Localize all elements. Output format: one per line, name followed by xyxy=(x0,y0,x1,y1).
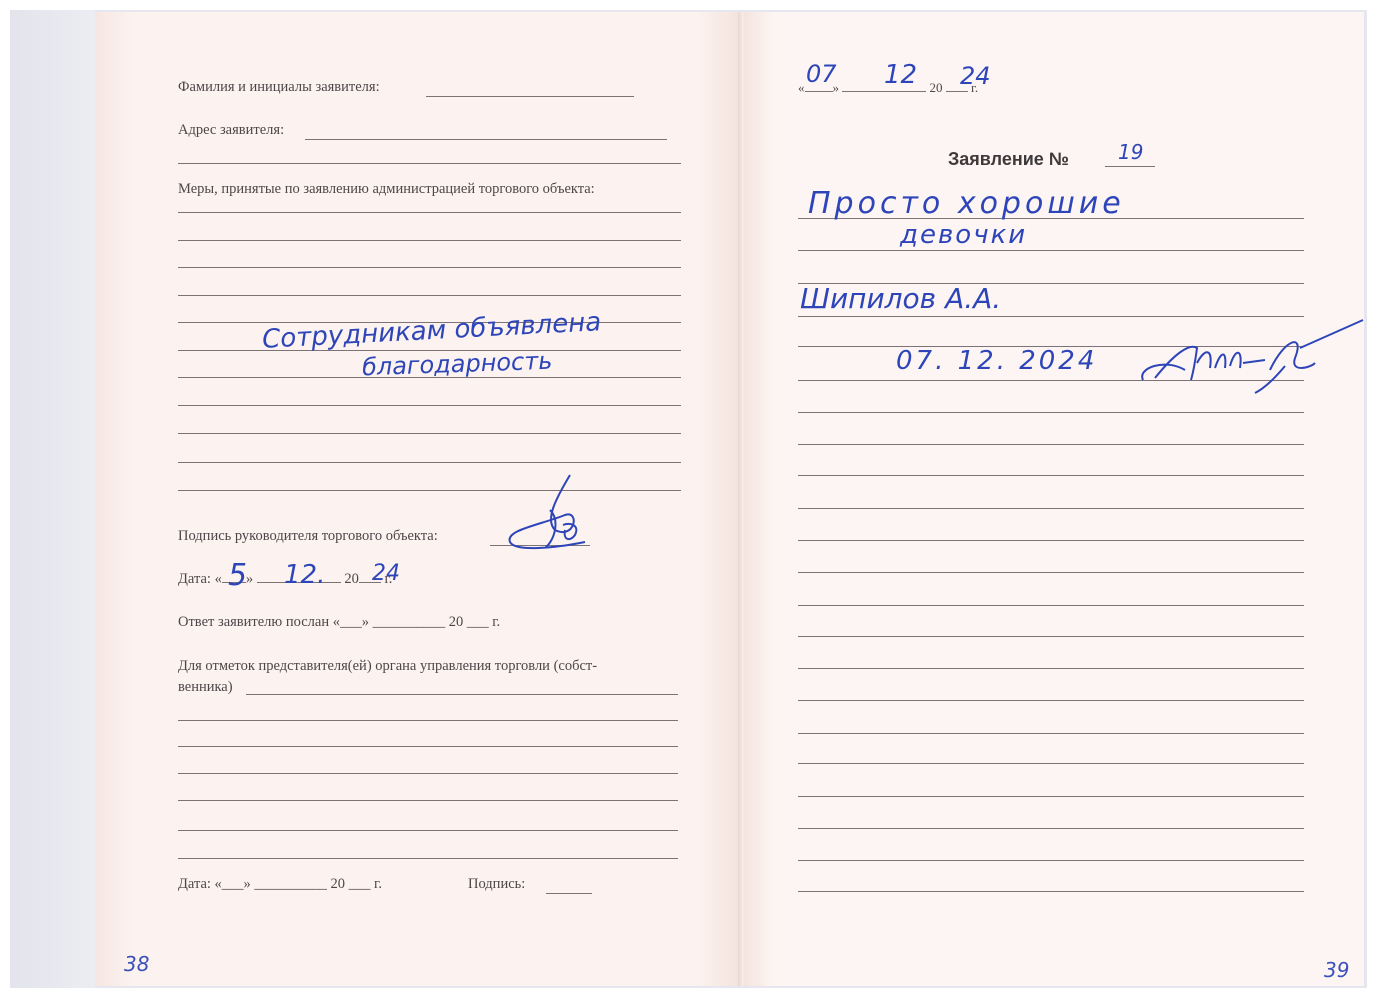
bottom-signature-field[interactable] xyxy=(546,893,592,894)
statement-handwritten-line1: Просто хорошие xyxy=(808,186,1125,221)
left-page xyxy=(95,12,743,986)
trade-authority-label-1: Для отметок представителя(ей) органа упр… xyxy=(178,658,597,675)
right-date-day: 07 xyxy=(806,60,837,88)
ruled-line xyxy=(798,763,1304,764)
ruled-line xyxy=(178,858,678,859)
applicant-date-handwritten: 07. 12. 2024 xyxy=(896,346,1097,376)
statement-title: Заявление № xyxy=(948,149,1069,170)
statement-handwritten-line2: девочки xyxy=(900,220,1027,250)
right-date-year: 24 xyxy=(960,62,991,90)
ruled-line xyxy=(178,800,678,801)
right-date-month: 12 xyxy=(884,60,917,90)
statement-number: 19 xyxy=(1118,140,1143,164)
ruled-line xyxy=(798,572,1304,573)
applicant-address-label: Адрес заявителя: xyxy=(178,122,284,139)
trade-authority-field[interactable] xyxy=(246,694,678,695)
manager-signature xyxy=(495,470,595,560)
book-cover-edge xyxy=(10,10,95,988)
bottom-signature-label: Подпись: xyxy=(468,876,525,893)
ruled-line xyxy=(798,860,1304,861)
date-year-handwritten: 24 xyxy=(372,561,400,586)
ruled-line xyxy=(798,475,1304,476)
ruled-line xyxy=(178,720,678,721)
measures-label: Меры, принятые по заявлению администраци… xyxy=(178,181,595,198)
ruled-line xyxy=(798,508,1304,509)
applicant-name-handwritten: Шипилов А.А. xyxy=(800,282,1001,315)
manager-signature-label: Подпись руководителя торгового объекта: xyxy=(178,528,438,545)
ruled-line xyxy=(178,462,681,463)
ruled-line xyxy=(798,444,1304,445)
date-month-handwritten: 12. xyxy=(284,560,325,590)
page-number-right: 39 xyxy=(1324,958,1349,982)
applicant-address-field-2[interactable] xyxy=(178,163,681,164)
bottom-date-label: Дата: «___» __________ 20 ___ г. xyxy=(178,876,382,893)
ruled-line xyxy=(178,405,681,406)
ruled-line xyxy=(178,490,681,491)
applicant-address-field[interactable] xyxy=(305,139,667,140)
ruled-line xyxy=(798,540,1304,541)
ruled-line xyxy=(798,412,1304,413)
statement-number-field[interactable] xyxy=(1105,166,1155,167)
ruled-line xyxy=(178,240,681,241)
ruled-line xyxy=(178,773,678,774)
ruled-line xyxy=(798,668,1304,669)
ruled-line xyxy=(798,250,1304,251)
ruled-line xyxy=(178,830,678,831)
ruled-line xyxy=(178,267,681,268)
ruled-line xyxy=(798,796,1304,797)
ruled-line xyxy=(798,636,1304,637)
ruled-line xyxy=(178,212,681,213)
ruled-line xyxy=(178,295,681,296)
reply-sent-label: Ответ заявителю послан «___» __________ … xyxy=(178,614,500,631)
ruled-line xyxy=(798,316,1304,317)
applicant-signature xyxy=(1135,318,1365,398)
ruled-line xyxy=(798,733,1304,734)
trade-authority-label-2: венника) xyxy=(178,679,233,696)
date-day-handwritten: 5 xyxy=(228,558,247,593)
ruled-line xyxy=(178,433,681,434)
applicant-name-label: Фамилия и инициалы заявителя: xyxy=(178,79,380,96)
ruled-line xyxy=(798,891,1304,892)
applicant-name-field[interactable] xyxy=(426,96,634,97)
ruled-line xyxy=(798,605,1304,606)
ruled-line xyxy=(798,828,1304,829)
page-number-left: 38 xyxy=(124,952,149,976)
ruled-line xyxy=(178,746,678,747)
ruled-line xyxy=(798,700,1304,701)
